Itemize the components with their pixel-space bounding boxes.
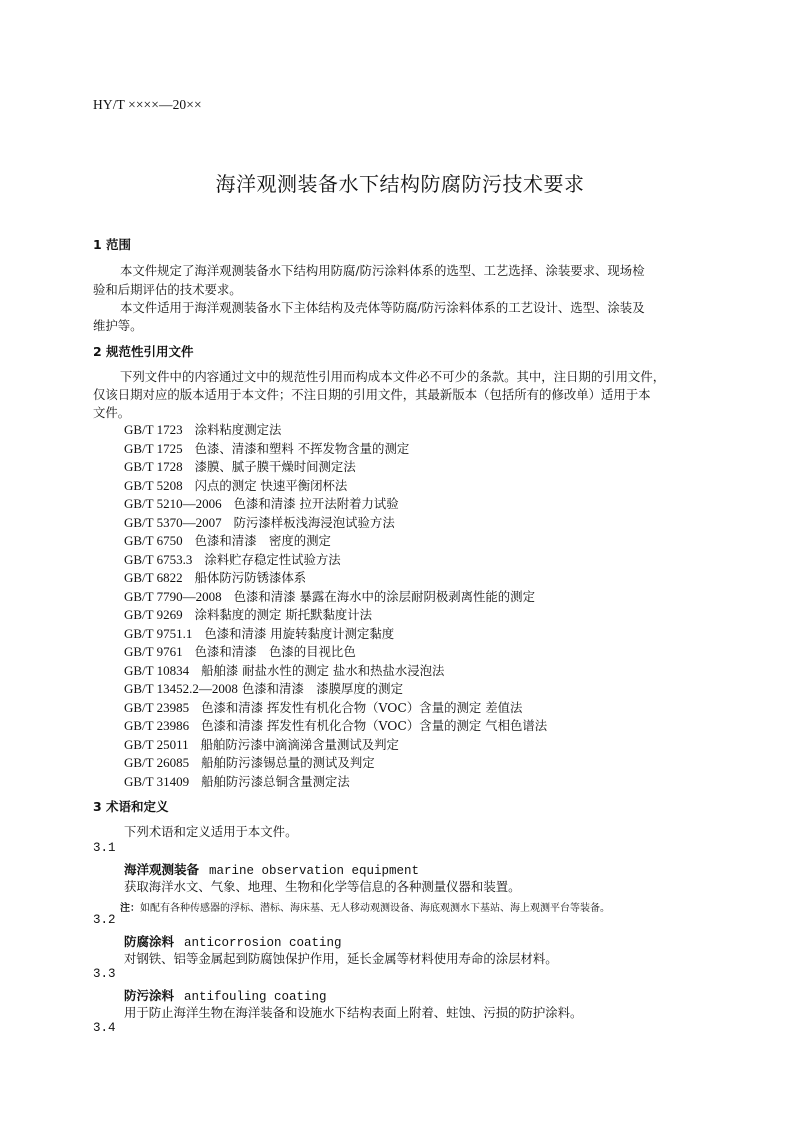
term-heading: 防腐涂料anticorrosion coating bbox=[124, 931, 342, 950]
document-page: HY/T ××××—20×× 海洋观测装备水下结构防腐防污技术要求 1 范围 本… bbox=[0, 0, 800, 1132]
section-1-heading: 1 范围 bbox=[93, 235, 131, 253]
term-definition: 获取海洋水文、气象、地理、生物和化学等信息的各种测量仪器和装置。 bbox=[124, 877, 521, 895]
reference-item: GB/T 1728漆膜、腻子膜干燥时间测定法 bbox=[124, 457, 356, 475]
section-1-para-2-line-1: 本文件适用于海洋观测装备水下主体结构及壳体等防腐/防污涂料体系的工艺设计、选型、… bbox=[120, 298, 645, 316]
reference-item: GB/T 7790—2008色漆和清漆 暴露在海水中的涂层耐阴极剥离性能的测定 bbox=[124, 587, 535, 605]
reference-item: GB/T 26085船舶防污漆锡总量的测试及判定 bbox=[124, 753, 375, 771]
reference-item: GB/T 25011船舶防污漆中滴滴涕含量测试及判定 bbox=[124, 735, 399, 753]
section-3-heading: 3 术语和定义 bbox=[93, 797, 169, 815]
term-definition: 用于防止海洋生物在海洋装备和设施水下结构表面上附着、蛀蚀、污损的防护涂料。 bbox=[124, 1003, 582, 1021]
section-3-intro: 下列术语和定义适用于本文件。 bbox=[124, 822, 297, 840]
term-number: 3.1 bbox=[93, 841, 116, 855]
reference-item: GB/T 10834船舶漆 耐盐水性的测定 盐水和热盐水浸泡法 bbox=[124, 661, 444, 679]
reference-item: GB/T 13452.2—2008色漆和清漆 漆膜厚度的测定 bbox=[124, 679, 403, 697]
reference-item: GB/T 23986色漆和清漆 挥发性有机化合物（VOC）含量的测定 气相色谱法 bbox=[124, 716, 547, 734]
reference-item: GB/T 9269涂料黏度的测定 斯托默黏度计法 bbox=[124, 605, 372, 623]
document-title: 海洋观测装备水下结构防腐防污技术要求 bbox=[0, 168, 800, 197]
reference-item: GB/T 6753.3涂料贮存稳定性试验方法 bbox=[124, 550, 341, 568]
reference-item: GB/T 6822船体防污防锈漆体系 bbox=[124, 568, 306, 586]
reference-item: GB/T 31409船舶防污漆总铜含量测定法 bbox=[124, 772, 350, 790]
section-1-para-1-line-1: 本文件规定了海洋观测装备水下结构用防腐/防污涂料体系的选型、工艺选择、涂装要求、… bbox=[120, 261, 645, 279]
term-number: 3.4 bbox=[93, 1021, 116, 1035]
reference-item: GB/T 5370—2007防污漆样板浅海浸泡试验方法 bbox=[124, 513, 395, 531]
term-note: 注：如配有各种传感器的浮标、潜标、海床基、无人移动观测设备、海底观测水下基站、海… bbox=[120, 896, 610, 915]
section-1-para-2-line-2: 维护等。 bbox=[93, 316, 143, 334]
term-heading: 海洋观测装备marine observation equipment bbox=[124, 859, 419, 878]
reference-item: GB/T 6750色漆和清漆 密度的测定 bbox=[124, 531, 331, 549]
section-1-para-1-line-2: 验和后期评估的技术要求。 bbox=[93, 280, 242, 298]
term-definition: 对钢铁、铝等金属起到防腐蚀保护作用，延长金属等材料使用寿命的涂层材料。 bbox=[124, 949, 558, 967]
reference-item: GB/T 9761色漆和清漆 色漆的目视比色 bbox=[124, 642, 356, 660]
standard-code: HY/T ××××—20×× bbox=[93, 97, 202, 113]
section-2-heading: 2 规范性引用文件 bbox=[93, 342, 194, 360]
section-2-intro-line-3: 文件。 bbox=[93, 403, 130, 421]
reference-item: GB/T 5210—2006色漆和清漆 拉开法附着力试验 bbox=[124, 494, 399, 512]
term-heading: 防污涂料antifouling coating bbox=[124, 985, 327, 1004]
term-number: 3.3 bbox=[93, 967, 116, 981]
reference-item: GB/T 23985色漆和清漆 挥发性有机化合物（VOC）含量的测定 差值法 bbox=[124, 698, 522, 716]
reference-item: GB/T 1725色漆、清漆和塑料 不挥发物含量的测定 bbox=[124, 439, 409, 457]
section-2-intro-line-1: 下列文件中的内容通过文中的规范性引用而构成本文件必不可少的条款。其中，注日期的引… bbox=[120, 367, 665, 385]
reference-item: GB/T 9751.1色漆和清漆 用旋转黏度计测定黏度 bbox=[124, 624, 394, 642]
section-2-intro-line-2: 仅该日期对应的版本适用于本文件；不注日期的引用文件，其最新版本（包括所有的修改单… bbox=[93, 385, 651, 403]
term-number: 3.2 bbox=[93, 913, 116, 927]
reference-item: GB/T 5208闪点的测定 快速平衡闭杯法 bbox=[124, 476, 347, 494]
reference-item: GB/T 1723涂料粘度测定法 bbox=[124, 420, 281, 438]
